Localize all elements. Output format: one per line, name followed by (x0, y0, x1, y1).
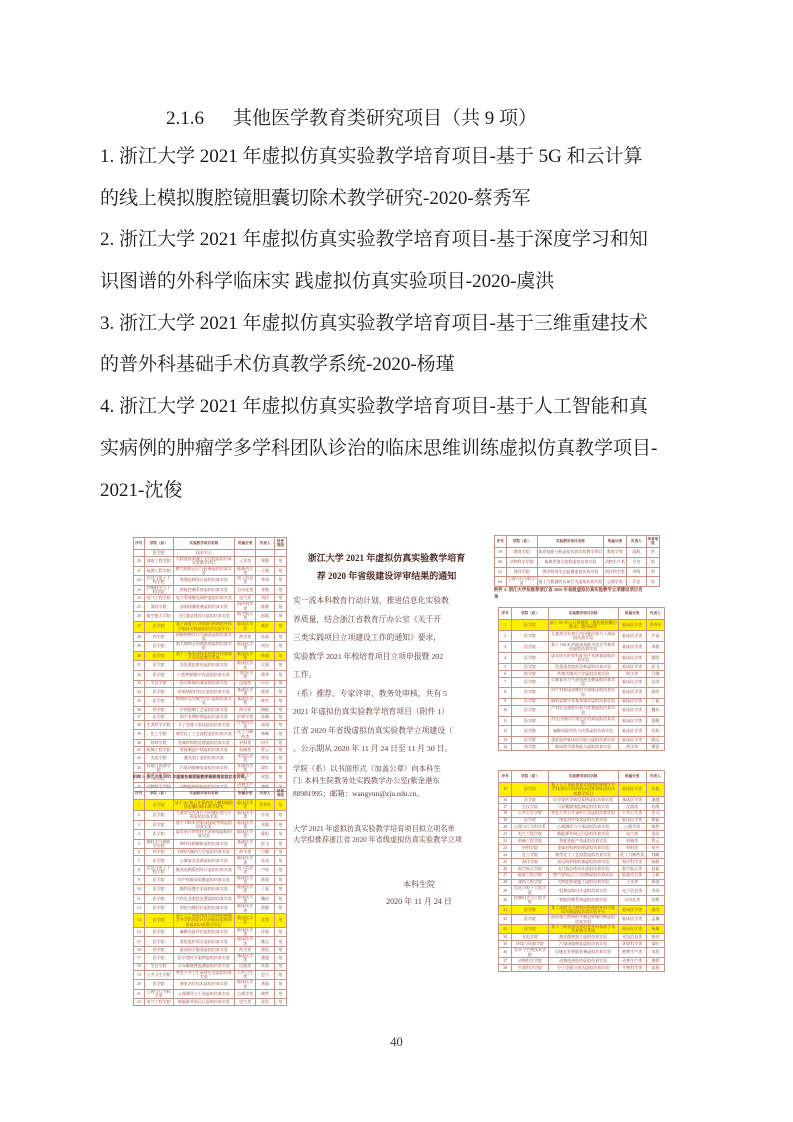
table-cell: 医学院 (512, 653, 549, 664)
table-cell: 丁磊 (646, 698, 664, 705)
signature-org: 本科生院 (363, 876, 475, 893)
table-cell: 基础医学类 (618, 796, 646, 803)
table-cell: 创新药物设计与筛选虚拟仿真实验 (173, 632, 234, 642)
table-row: 12医学院麻醉风险评估与决策虚拟仿真实验临床医学类任航 (499, 726, 665, 737)
table-cell: 临床医学类 (234, 800, 255, 811)
table-cell: 临床药学服务虚拟仿真实验 (173, 947, 234, 954)
table-cell: 医学院 (144, 661, 173, 671)
notice-paragraph: 学院（系）以书面形式（加盖公章）向本科生门: 本科生院教务处实践教学办公室(紫金… (293, 763, 480, 801)
table-cell: 21 (134, 566, 145, 576)
table-cell: 口腔医学类 (234, 670, 255, 680)
table-row: 31医学院基于深度学习和知识图谱的外科学临床实践虚拟仿真实验平台临床医学类虞洪 (499, 905, 665, 915)
text-line: 识图谱的外科学临床实 践虚拟仿真实验项目-2020-虞洪 (100, 261, 700, 303)
table-cell: 智能控制系统虚拟仿真实验 (173, 585, 234, 595)
table-cell: 教育学类 (603, 548, 626, 558)
table-cell: 土木类 (618, 879, 646, 886)
table-cell: 电气工程学院 (512, 831, 549, 838)
table-cell: 28 (134, 632, 145, 642)
table-cell: 临床医学类 (234, 830, 255, 840)
table-row: 14医学院麻醉风险评估虚拟仿真实验临床医学类任航培 (134, 927, 287, 937)
table-cell: 畜禽养殖全流程虚拟仿真实验 (537, 557, 603, 567)
table-cell (234, 550, 255, 557)
table-row: 61海洋学院海洋牧场生态监测虚拟仿真实验海洋科学类齐鸣培 (495, 567, 660, 577)
attachment2-caption-line: 单 (494, 593, 662, 600)
table-cell: 陶然 (256, 989, 274, 999)
table-row: 39化工学院典型化工工艺流程虚拟仿真实验化工与制药类林峰培 (134, 730, 287, 740)
table-cell: 医学院 (512, 642, 549, 653)
table-cell: 培 (274, 713, 286, 720)
table-cell (256, 550, 274, 557)
table-cell: 培 (274, 739, 286, 746)
table-header-cell: 学院（系） (512, 608, 549, 620)
table-cell: 36 (499, 948, 512, 958)
table-cell: 36 (134, 706, 145, 713)
table-header-cell: 序号 (499, 608, 512, 620)
table-cell: 控制科学与工程学院 (512, 896, 549, 906)
table-cell: 姚远 (256, 937, 274, 947)
table-cell: 心理与行为科学系 (512, 824, 549, 831)
table-cell: 污染场地修复虚拟仿真实验 (173, 763, 234, 773)
table-header-cell: 序号 (495, 536, 507, 548)
text-line: 2021-沈俊 (100, 470, 700, 512)
table-row: 41机械工程学院智能制造产线虚拟仿真实验机械类罗云培 (134, 746, 287, 753)
attachment1-caption: 附件 1: 浙江大学 2021 年虚拟仿真实验教学培育项目拟立项名单 (133, 774, 293, 779)
table-cell: 医学院 (512, 620, 549, 631)
table-row: 15医学院重症监护综合虚拟仿真实验临床医学类姚远培 (134, 937, 287, 947)
table-header-cell: 实验教学项目名称 (173, 788, 234, 800)
table-cell: 能源动力类 (618, 872, 646, 879)
table-cell: 郑强 (646, 879, 664, 886)
table-cell: 化工学院 (144, 730, 173, 740)
table-cell: 郑华 (256, 670, 274, 680)
table-cell: 蔡秀军 (256, 800, 274, 811)
table-cell: 30 (134, 651, 145, 661)
table-cell: 基于 OSCE 的临床技能考核虚拟仿真实验 (173, 820, 234, 830)
table-cell: 29 (134, 642, 145, 652)
table-cell: 医学院 (144, 687, 173, 697)
table-cell: 12 (499, 726, 512, 737)
table-cell: 仪器类 (234, 680, 255, 687)
scan-table-attachment2-page1: 序号学院（系）实验教学项目名称所属分类负责人1医学院基于 5G 和云计算模拟（腹… (498, 607, 665, 751)
table-cell: 刘洋 (256, 595, 274, 602)
table-cell: 体育技能分析虚拟仿真实验教学项目 (537, 548, 603, 558)
document-page: 2.1.6其他医学教育类研究项目（共 9 项） 1. 浙江大学 2021 年虚拟… (0, 0, 793, 1122)
text-line: 88981995；邮箱：wangyun@zju.edu.cn。 (293, 788, 480, 801)
notice-title-line: 浙江大学 2021 年虚拟仿真实验教学培育 (293, 549, 480, 567)
table-cell: 医学院 (512, 716, 549, 726)
table-cell: 医学院 (512, 905, 549, 915)
table-cell: 培 (274, 904, 286, 914)
table-cell: 邓超 (646, 642, 664, 653)
table-row: 37医学院围手术期护理虚拟仿真实验护理学类朱琳培 (134, 713, 287, 720)
table-cell: 医学院 (512, 817, 549, 824)
table-cell: 中药炮制工艺虚拟仿真实验 (173, 706, 234, 713)
table-cell: 高翔 (256, 720, 274, 730)
table-row: 59教育学院体育技能分析虚拟仿真实验教学项目教育学类闵航培 (495, 548, 660, 558)
table-cell: 自动化类 (234, 585, 255, 595)
table-header-cell: 培育等级 (274, 538, 286, 550)
table-header-cell: 负责人 (256, 788, 274, 800)
table-cell: 环境科学类 (618, 941, 646, 948)
table-cell: 临床医学类 (618, 915, 646, 925)
table-cell: 基于 5G 和云计算模拟（腹腔镜胆囊切除术）教学研究 (548, 620, 618, 631)
table-row: 20建筑工程学院大跨度桥梁施工全过程虚拟仿真实验教学项目土木类郑强培 (134, 557, 287, 567)
table-cell: 卢伟 (256, 865, 274, 875)
table-cell: 生命科学学院 (512, 964, 549, 971)
table-cell: 航空航天学院 (512, 865, 549, 872)
table-header-row: 序号学院（系）实验教学项目名称所属分类负责人培育等级 (134, 538, 287, 550)
table-row: 19公共卫生学院突发公共卫生事件应急虚拟仿真实验公共卫生类史可培 (134, 970, 287, 980)
table-cell: 医学院 (144, 642, 173, 652)
text-line: 学院（系）以书面形式（加盖公章）向本科生 (293, 763, 480, 776)
table-row: 36农业与生物技术学院设施农业智能装备虚拟仿真实验植物生产类宋凯 (499, 948, 665, 958)
scan-table-wrapper: 序号学院（系）实验教学项目名称所属分类负责人1医学院基于 5G 和云计算模拟（腹… (498, 607, 665, 751)
table-cell: 海洋科学类 (603, 567, 626, 577)
notice-signature: 本科生院 2020 年 11 月 24 日 (363, 876, 475, 910)
table-cell: 金属材料热处理虚拟仿真实验 (173, 739, 234, 746)
table-cell: 临床医学类 (234, 642, 255, 652)
table-cell: 27 (499, 872, 512, 879)
table-cell: 冯军 (256, 680, 274, 687)
table-cell: 护理学类 (234, 713, 255, 720)
table-cell: 航空航天学院 (144, 611, 173, 621)
table-cell: 燃气轮机运行与检修虚拟仿真实验 (173, 566, 234, 576)
table-header-cell: 培育等级 (646, 536, 659, 548)
table-cell: 赵磊 (646, 865, 664, 872)
table-cell: 射频电路设计虚拟仿真实验 (173, 576, 234, 586)
table-cell: 33 (134, 680, 145, 687)
table-cell: 25 (499, 858, 512, 865)
table-cell: 培 (274, 989, 286, 999)
table-cell: 43 (134, 763, 145, 773)
table-row: 5医学院危重患者院前急救虚拟仿真实验临床医学类彭飞 (499, 664, 665, 671)
table-cell: 医学影像设备虚拟仿真实验 (173, 680, 234, 687)
table-cell: 心理学类 (234, 989, 255, 999)
table-cell: 生仪学院 (144, 963, 173, 970)
table-cell: 危重患者院前急救虚拟仿真实验 (548, 664, 618, 671)
table-cell: 电气类 (234, 595, 255, 602)
table-cell: 周杰 (256, 642, 274, 652)
table-cell: 机械类 (618, 838, 646, 845)
table-cell: 可穿戴健康监测虚拟仿真实验 (548, 803, 618, 810)
table-cell: 医学院 (144, 811, 173, 821)
table-row: 8医学院妇产科临床思维综合训练虚拟仿真实验临床医学类蒋欣 (499, 687, 665, 698)
scan-table-wrapper: 序号学院（系）实验教学项目名称所属分类负责人培育等级医学院技术中心20建筑工程学… (133, 537, 287, 792)
table-cell: 培 (274, 811, 286, 821)
table-header-cell: 学院（系） (144, 788, 173, 800)
table-cell: 2 (134, 811, 145, 821)
table-row: 医学院技术中心 (134, 550, 287, 557)
table-cell: 智能装配产线虚拟仿真实验 (548, 838, 618, 845)
table-cell: 培 (274, 927, 286, 937)
table-cell: 虞洪 (646, 905, 664, 915)
table-cell: 医学院 (512, 687, 549, 698)
text-line: 大学拟推荐浙江省 2020 年省级虚拟仿真实验教学立项 (293, 835, 480, 846)
table-row: 24化工学院典型化工工艺流程虚拟仿真实验化工与制药类林峰 (499, 852, 665, 859)
table-cell: 临床医学类 (234, 894, 255, 904)
table-row: 34光电学院激光精密加工虚拟仿真实验光电信息类郭亮 (499, 934, 665, 941)
table-cell: 临床医学类 (618, 642, 646, 653)
table-cell: 医学院 (512, 924, 549, 934)
table-cell: 培 (274, 566, 286, 576)
table-cell: 医学院 (512, 664, 549, 671)
table-cell: 公共卫生类 (618, 810, 646, 817)
table-cell: 基于 5G 和云计算的线上模拟腹腔镜胆囊切除术教学研究 (173, 800, 234, 811)
table-row: 37动物科学学院动物疫病防控虚拟仿真实验动物生产类唐婷 (499, 957, 665, 964)
table-row: 28建筑工程学院大跨度桥梁施工虚拟仿真实验土木类郑强 (499, 879, 665, 886)
table-row: 27能源工程学院燃气轮机运行与检修虚拟仿真实验能源动力类王斌 (499, 872, 665, 879)
table-row: 38生命科学学院分子克隆与表达虚拟仿真实验生物科学类高翔培 (134, 720, 287, 730)
table-row: 8信息与电子工程学院集成电路版图设计虚拟仿真实验电子信息类卢伟培 (134, 865, 287, 875)
table-cell: 培 (274, 753, 286, 763)
table-cell: 梁红 (646, 941, 664, 948)
table-cell: 苏涛 (256, 856, 274, 866)
table-cell: 31 (499, 905, 512, 915)
table-cell: 3 (134, 820, 145, 830)
table-cell: 儿童常见发育行为问题识别与干预虚拟仿真实验 (548, 631, 618, 642)
table-cell: 23 (134, 585, 145, 595)
table-cell: 培 (274, 746, 286, 753)
table-cell: 医学院 (144, 800, 173, 811)
table-cell: 8 (499, 687, 512, 698)
table-cell: 材料学院 (512, 845, 549, 852)
attachment2-caption: 附件 2: 浙江大学拟推荐浙江省 2020 年省级虚拟仿真实验教学立项建设项目名… (494, 586, 662, 600)
table-row: 9医学院妇产科临床思维虚拟仿真实验临床医学类蒋欣培 (134, 875, 287, 885)
table-row: 3医学院基于 OSCE 的临床技能考核虚拟仿真实验临床医学类邓超培 (134, 820, 287, 830)
table-cell: 基于 OSCE 的临床技能多站式考核评价虚拟仿真实验 (548, 642, 618, 653)
table-cell: 神经环路解析虚拟仿真实验 (173, 839, 234, 849)
scan-table-attachment1: 序号学院（系）实验教学项目名称所属分类负责人培育等级1医学院基于 5G 和云计算… (133, 787, 287, 1006)
table-header-cell: 培育等级 (274, 788, 286, 800)
table-cell: 32 (499, 915, 512, 925)
table-cell: 重大慢病全周期管理虚拟仿真实验 (173, 642, 234, 652)
table-header-cell: 所属分类 (234, 538, 255, 550)
table-row: 7医学院心肺复苏急救虚拟仿真实验临床医学类苏涛培 (134, 856, 287, 866)
table-cell: 培 (274, 642, 286, 652)
table-cell: 培 (274, 954, 286, 964)
table-cell: 培 (646, 548, 659, 558)
table-cell: 海洋学院 (512, 858, 549, 865)
table-cell: 集成电路版图设计虚拟仿真实验 (173, 865, 234, 875)
table-cell: 王斌 (256, 566, 274, 576)
table-cell: 医学院 (144, 904, 173, 914)
table-cell: 4 (499, 653, 512, 664)
table-cell: 大跨度桥梁施工全过程虚拟仿真实验教学项目 (173, 557, 234, 567)
table-cell: 12 (134, 904, 145, 914)
table-row: 4医学院虚实结合的骨科手术规划虚拟仿真实验临床医学类曹阳培 (134, 830, 287, 840)
table-row: 17医学院医学遗传学案例虚拟仿真实验基础医学类潘越培 (134, 954, 287, 964)
table-cell: 李涛 (256, 576, 274, 586)
table-cell: 药学类 (234, 706, 255, 713)
table-row: 21心理与行为科学系心理测评与干预虚拟仿真实验心理学类陶然培 (134, 989, 287, 999)
table-cell: 能源工程学院 (512, 872, 549, 879)
table-cell: 郑强 (256, 557, 274, 567)
table-cell: 临床医学类 (618, 698, 646, 705)
table-cell: 培 (274, 839, 286, 849)
table-cell: 38 (134, 720, 145, 730)
table-cell: 控制科学与工程学院 (144, 585, 173, 595)
table-row: 2医学院儿童常见发育行为问题识别与干预虚拟仿真实验临床医学类许诺培 (134, 811, 287, 821)
table-cell: 唐婷 (646, 957, 664, 964)
table-cell: 王斌 (646, 872, 664, 879)
table-cell: 杨瑾 (256, 651, 274, 661)
table-row: 11医学院消化内镜诊疗规范化培训虚拟仿真实验临床医学类贾静 (499, 716, 665, 726)
table-cell: 32 (134, 670, 145, 680)
table-cell: 医学院 (144, 937, 173, 947)
table-cell: 杨瑾 (646, 924, 664, 934)
table-cell: 张敏 (256, 585, 274, 595)
table-cell: 培 (274, 875, 286, 885)
project-list: 1. 浙江大学 2021 年虚拟仿真实验教学培育项目-基于 5G 和云计算的线上… (100, 136, 700, 511)
table-cell: 33 (499, 924, 512, 934)
text-line: 江省 2020 年省级虚拟仿真实验教学立项建设（ (293, 722, 480, 740)
table-cell: 培 (274, 820, 286, 830)
table-cell: 基础医学类 (234, 839, 255, 849)
table-row: 12医学院消化内镜诊疗虚拟仿真实验临床医学类贾静培 (134, 904, 287, 914)
table-cell: 宋凯 (646, 948, 664, 958)
table-cell: 42 (134, 753, 145, 763)
text-line: 养质量，结合浙江省教育厅办公室《关于开 (293, 611, 480, 630)
table-cell: 电子信息类 (234, 576, 255, 586)
table-row: 35环境与资源学院污染场地修复虚拟仿真实验环境科学类梁红 (499, 941, 665, 948)
table-cell: 22 (134, 999, 145, 1006)
table-cell: 公共卫生学院 (512, 810, 549, 817)
table-cell: 环境与资源学院 (144, 763, 173, 773)
table-cell: 59 (495, 548, 507, 558)
table-row: 29信息与电子工程学院射频电路设计虚拟仿真实验电子信息类李涛 (499, 886, 665, 896)
table-cell: 史可 (256, 970, 274, 980)
table-cell: 8 (134, 865, 145, 875)
table-cell: 史可 (646, 810, 664, 817)
table-cell: 任航 (646, 726, 664, 737)
table-cell: 培 (274, 661, 286, 671)
table-cell: 基于人工智能和真实病例的肿瘤学多学科团队诊治的临床思维训练虚拟仿真教学项目 (548, 783, 618, 797)
section-title: 其他医学教育类研究项目（共 9 项） (233, 108, 537, 129)
table-cell: 6 (499, 671, 512, 678)
table-cell: 杜鹃 (256, 963, 274, 970)
table-cell: 重症监护临床综合能力虚拟仿真实验 (548, 737, 618, 744)
table-cell: 麻醉风险评估虚拟仿真实验 (173, 927, 234, 937)
table-row: 33医学院基于三维重建技术的普外科基础手术仿真教学系统临床医学类杨瑾 (499, 924, 665, 934)
table-cell: 培 (274, 894, 286, 904)
text-line: 2. 浙江大学 2021 年虚拟仿真实验教学培育项目-基于深度学习和知 (100, 219, 700, 261)
table-cell: 培 (274, 730, 286, 740)
table-cell: 化工与制药类 (234, 730, 255, 740)
table-cell: 医学院 (144, 927, 173, 937)
table-row: 32医学院口腔种植数字化虚拟仿真实验口腔医学类郑华培 (134, 670, 287, 680)
table-cell: 药学类 (618, 671, 646, 678)
section-number: 2.1.6 (166, 108, 204, 129)
table-cell: 许诺 (646, 631, 664, 642)
table-cell: 38 (499, 964, 512, 971)
table-cell: 14 (499, 744, 512, 751)
table-cell: 31 (134, 661, 145, 671)
table-row: 16药学院临床药学服务虚拟仿真实验药学类谭雷培 (134, 947, 287, 954)
table-cell: 丁磊 (256, 885, 274, 895)
table-cell: 公共卫生类 (234, 970, 255, 980)
table-cell: 基于深度学习和知识图谱的外科学临床实践虚拟仿真实验平台 (173, 621, 234, 632)
table-cell: 深远海养殖装备虚拟仿真实验 (548, 858, 618, 865)
table-cell: 陈静 (646, 858, 664, 865)
scan-table-wrapper: 序号学院（系）实验教学项目名称所属分类负责人培育等级1医学院基于 5G 和云计算… (133, 787, 287, 1006)
table-cell: 5 (499, 664, 512, 671)
table-cell: 药学院 (512, 744, 549, 751)
table-cell: 金属材料热处理虚拟仿真实验 (548, 845, 618, 852)
text-line: 。公示期从 2020 年 11 月 24 日至 11 月 30 日。 (293, 740, 480, 758)
table-header-cell: 学院（系） (506, 536, 537, 548)
table-cell: 何平 (646, 845, 664, 852)
table-cell: 消化内镜诊疗规范化培训虚拟仿真实验 (548, 716, 618, 726)
table-cell: 脑科学与脑医学学院 (144, 839, 173, 849)
table-cell: 临床医学类 (618, 687, 646, 698)
table-row: 43环境与资源学院污染场地修复虚拟仿真实验环境科学类梁红培 (134, 763, 287, 773)
text-line: 实病例的肿瘤学多学科团队诊治的临床思维训练虚拟仿真教学项目- (100, 428, 700, 470)
table-cell: 30 (499, 896, 512, 906)
table-row: 38生命科学学院分子克隆与表达虚拟仿真实验生物科学类高翔 (499, 964, 665, 971)
table-cell: 医学院 (512, 726, 549, 737)
table-cell: 赵磊 (256, 611, 274, 621)
table-cell: 潘越 (646, 796, 664, 803)
table-cell: 10 (134, 885, 145, 895)
table-cell (274, 550, 286, 557)
table-cell: 培 (274, 763, 286, 773)
scan-table-tail: 序号学院（系）实验教学项目名称所属分类负责人培育等级59教育学院体育技能分析虚拟… (494, 535, 660, 587)
table-cell: 潘越 (256, 954, 274, 964)
table-cell: 面向重大疾病的多模态影像诊断虚拟仿真实验 (548, 915, 618, 925)
table-cell: 培 (274, 595, 286, 602)
table-cell: 彭飞 (646, 664, 664, 671)
table-cell: 信息与电子工程学院 (512, 886, 549, 896)
table-cell: 材料类 (618, 845, 646, 852)
table-cell: 基于三维重建技术的普外科基础手术仿真教学系统 (548, 924, 618, 934)
table-cell: 培 (274, 611, 286, 621)
table-cell: 动物科学学院 (506, 557, 537, 567)
table-cell: 光电学院 (512, 934, 549, 941)
table-row: 22电气工程学院新能源并网运行虚拟仿真实验电气类金浩培 (134, 999, 287, 1006)
scan-image-notice[interactable]: 序号学院（系）实验教学项目名称所属分类负责人培育等级医学院技术中心20建筑工程学… (130, 533, 480, 963)
table-cell: 药学类 (618, 744, 646, 751)
table-cell: 60 (495, 557, 507, 567)
text-line: 实验教学 2021 年校培育项目立项申报暨 202 (293, 648, 480, 667)
table-cell: 彭飞 (256, 839, 274, 849)
table-cell: 29 (499, 886, 512, 896)
table-cell: 郭亮 (256, 753, 274, 763)
table-cell: 37 (499, 957, 512, 964)
table-cell: 机械类 (234, 746, 255, 753)
table-cell: 电气类 (618, 831, 646, 838)
scan-image-attachment2[interactable]: 序号学院（系）实验教学项目名称所属分类负责人培育等级59教育学院体育技能分析虚拟… (488, 533, 666, 993)
notice-attachment-list: 大学 2021 年虚拟仿真实验教学培育项目拟立项名单大学拟推荐浙江省 2020 … (293, 824, 480, 846)
table-cell: 陶然 (646, 824, 664, 831)
table-cell: 重症监护综合虚拟仿真实验 (173, 937, 234, 947)
table-cell: 心理测评与干预虚拟仿真实验 (548, 824, 618, 831)
table-cell: 临床医学类 (618, 783, 646, 797)
table-cell: 材料学院 (144, 739, 173, 746)
table-cell: 医学院 (512, 631, 549, 642)
table-cell: 自动化类 (618, 896, 646, 906)
table-cell: 航空航天类 (618, 865, 646, 872)
table-header-cell: 所属分类 (618, 608, 646, 620)
table-cell: 26 (134, 611, 145, 621)
table-cell: 27 (134, 621, 145, 632)
table-cell: 动物科学学院 (512, 957, 549, 964)
table-cell: 临床医学类 (618, 905, 646, 915)
table-cell: 3 (499, 642, 512, 653)
table-cell: 17 (499, 803, 512, 810)
table-cell: 飞行器总体设计虚拟仿真实验 (548, 865, 618, 872)
table-cell: 康复治疗技术虚拟仿真实验 (548, 817, 618, 824)
table-cell: 仪器类 (618, 803, 646, 810)
